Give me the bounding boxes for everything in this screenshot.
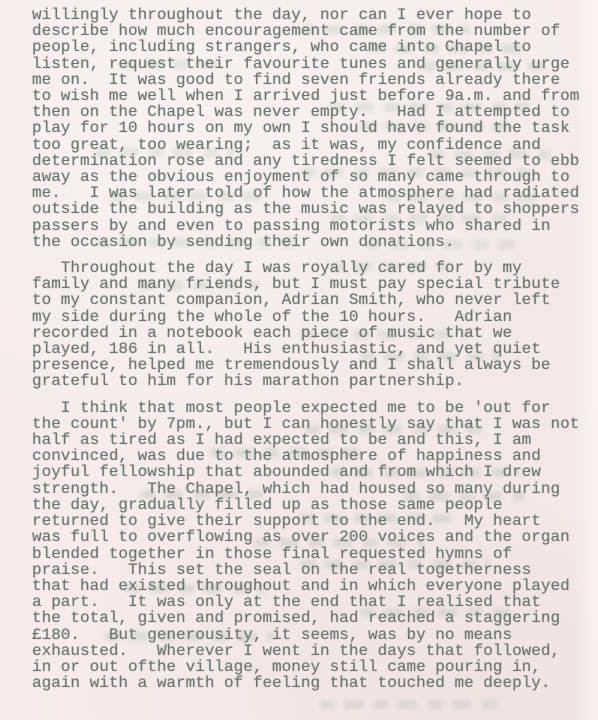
text-line: the day, gradually filled up as those sa… bbox=[32, 497, 598, 513]
text-line: was full to overflowing as over 200 voic… bbox=[32, 529, 598, 545]
typewritten-text: willingly throughout the day, nor can I … bbox=[0, 0, 598, 691]
text-line: listen, request their favourite tunes an… bbox=[32, 56, 598, 72]
text-line: exhausted. Wherever I went in the days t… bbox=[32, 643, 598, 659]
text-line: too great, too wearing; as it was, my co… bbox=[32, 137, 598, 153]
text-line: half as tired as I had expected to be an… bbox=[32, 432, 598, 448]
paragraph-1: willingly throughout the day, nor can I … bbox=[32, 7, 598, 250]
text-line: play for 10 hours on my own I should hav… bbox=[32, 120, 598, 136]
text-line: the total, given and promised, had reach… bbox=[32, 610, 598, 626]
text-line: me. I was later told of how the atmosphe… bbox=[32, 185, 598, 201]
text-line: people, including strangers, who came in… bbox=[32, 39, 598, 55]
text-line: praise. This set the seal on the real to… bbox=[32, 562, 598, 578]
text-line: strength. The Chapel, which had housed s… bbox=[32, 481, 598, 497]
text-line: to wish me well when I arrived just befo… bbox=[32, 88, 598, 104]
text-line: passers by and even to passing motorists… bbox=[32, 218, 598, 234]
text-line: blended together in those final requeste… bbox=[32, 546, 598, 562]
bleedthrough-mark bbox=[320, 700, 500, 709]
text-line: describe how much encouragement came fro… bbox=[32, 23, 598, 39]
text-line: recorded in a notebook each piece of mus… bbox=[32, 325, 598, 341]
text-line: played, 186 in all. His enthusiastic, an… bbox=[32, 341, 598, 357]
text-line: the occasion by sending their own donati… bbox=[32, 234, 598, 250]
paragraph-3: I think that most people expected me to … bbox=[32, 400, 598, 692]
text-line: determination rose and any tiredness I f… bbox=[32, 153, 598, 169]
text-line: my side during the whole of the 10 hours… bbox=[32, 309, 598, 325]
text-line: a part. It was only at the end that I re… bbox=[32, 594, 598, 610]
text-line: me on. It was good to find seven friends… bbox=[32, 72, 598, 88]
text-line: £180. But generousity, it seems, was by … bbox=[32, 627, 598, 643]
document-page: willingly throughout the day, nor can I … bbox=[0, 0, 598, 720]
text-line: willingly throughout the day, nor can I … bbox=[32, 7, 598, 23]
text-line: again with a warmth of feeling that touc… bbox=[32, 675, 598, 691]
text-line: then on the Chapel was never empty. Had … bbox=[32, 104, 598, 120]
paragraph-2: Throughout the day I was royally cared f… bbox=[32, 260, 598, 390]
text-line: the count' by 7pm., but I can honestly s… bbox=[32, 416, 598, 432]
text-line: that had existed throughout and in which… bbox=[32, 578, 598, 594]
text-line: I think that most people expected me to … bbox=[32, 400, 598, 416]
text-line: to my constant companion, Adrian Smith, … bbox=[32, 292, 598, 308]
text-line: returned to give their support to the en… bbox=[32, 513, 598, 529]
text-line: joyful fellowship that abounded and from… bbox=[32, 464, 598, 480]
text-line: in or out ofthe village, money still cam… bbox=[32, 659, 598, 675]
text-line: outside the building as the music was re… bbox=[32, 201, 598, 217]
text-line: away as the obvious enjoyment of so many… bbox=[32, 169, 598, 185]
text-line: grateful to him for his marathon partner… bbox=[32, 373, 598, 389]
text-line: Throughout the day I was royally cared f… bbox=[32, 260, 598, 276]
